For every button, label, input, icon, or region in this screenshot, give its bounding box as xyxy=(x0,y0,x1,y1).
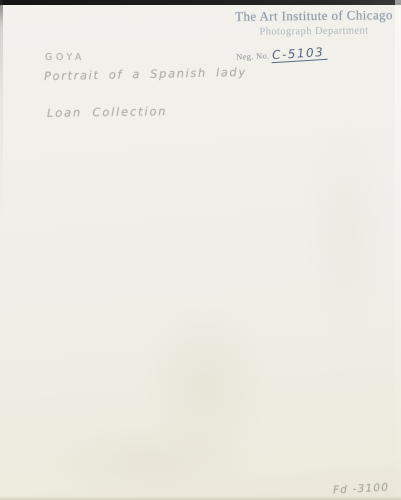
negative-number-line: Neg. No.C-5103 xyxy=(232,39,397,64)
stamp-department: Photograph Department xyxy=(232,25,396,39)
photo-verso-scan: The Art Institute of Chicago Photograph … xyxy=(0,0,401,500)
annotation-artist: GOYA xyxy=(45,52,85,63)
scan-right-edge xyxy=(395,0,401,500)
paper-stain xyxy=(300,120,390,340)
stamp-institution: The Art Institute of Chicago xyxy=(232,7,396,24)
annotation-collection: Loan Collection xyxy=(47,104,168,120)
negative-number-label: Neg. No. xyxy=(236,51,270,62)
paper-stain xyxy=(40,420,260,500)
scan-top-edge xyxy=(0,0,401,5)
scan-left-edge xyxy=(0,0,3,220)
annotation-bottom-right-number: Fd -3100 xyxy=(333,482,390,497)
annotation-title: Portrait of a Spanish lady xyxy=(44,65,247,83)
department-stamp: The Art Institute of Chicago Photograph … xyxy=(232,8,396,61)
scan-bottom-edge xyxy=(0,496,401,500)
negative-number-value: C-5103 xyxy=(271,45,328,63)
